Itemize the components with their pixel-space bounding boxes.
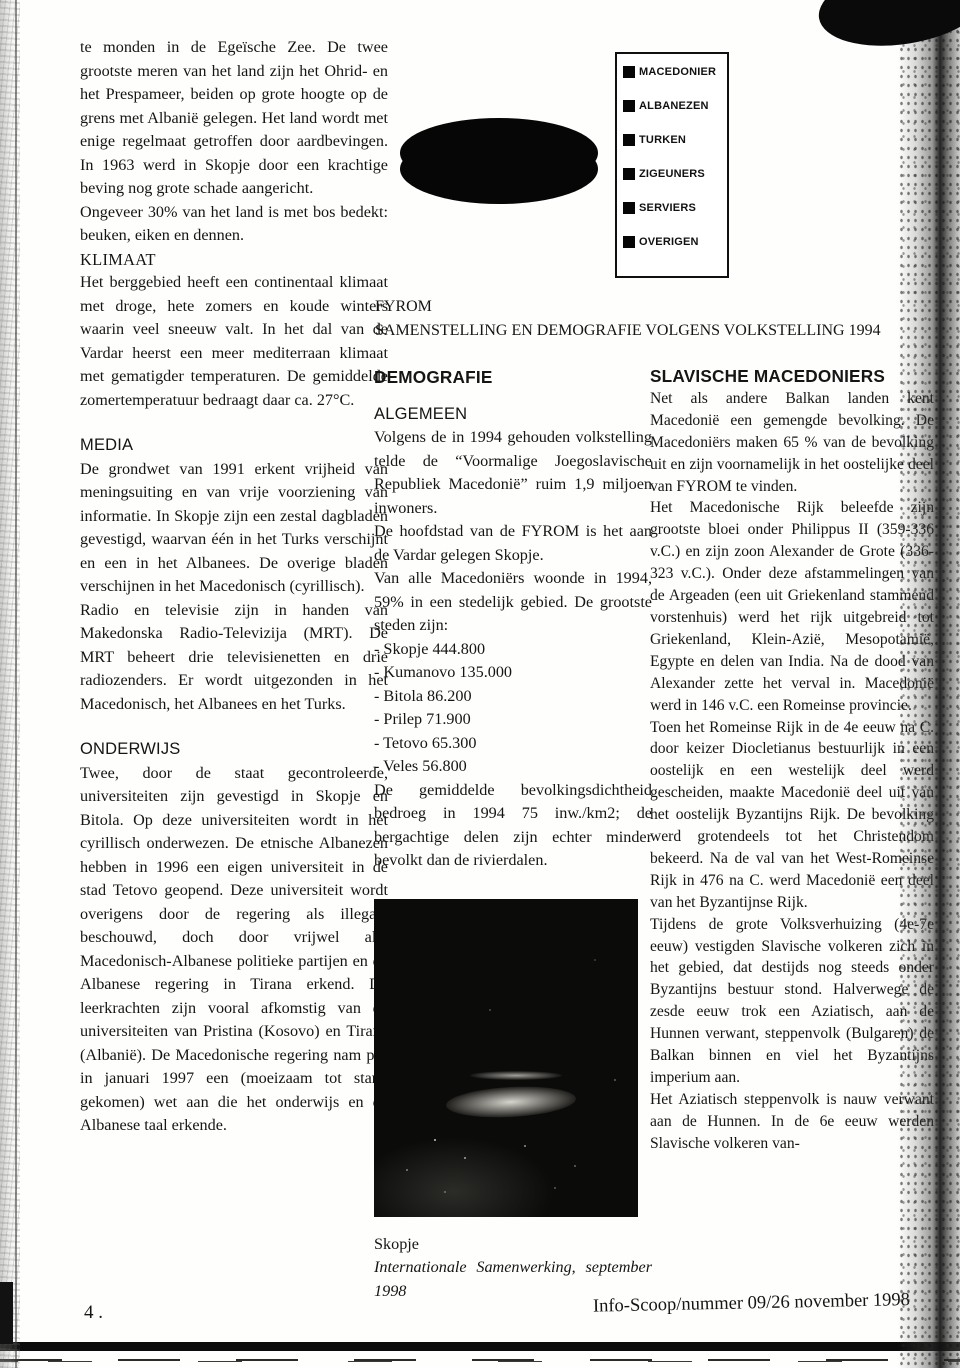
paragraph: Toen het Romeinse Rijk in de 4e eeuw na …: [650, 717, 934, 914]
paragraph: Tijdens de grote Volksverhuizing (4e-7e …: [650, 914, 934, 1089]
legend-swatch-icon: [623, 202, 635, 214]
paragraph: Van alle Macedoniërs woonde in 1994, 59%…: [374, 567, 652, 638]
legend-swatch-icon: [623, 134, 635, 146]
paragraph: De grondwet van 1991 erkent vrijheid van…: [80, 458, 388, 599]
photo-highlight: [374, 1137, 554, 1217]
footer-dashed-rule: [0, 1359, 960, 1362]
pie-chart: [400, 118, 598, 204]
column-right: SLAVISCHE MACEDONIERS Net als andere Bal…: [650, 366, 934, 1155]
heading-media: MEDIA: [80, 434, 388, 458]
scan-edge-left-bottom: [0, 1282, 13, 1344]
paragraph: te monden in de Egeïsche Zee. De twee gr…: [80, 36, 388, 201]
heading-slavische-macedoniers: SLAVISCHE MACEDONIERS: [650, 366, 934, 388]
legend-item-serviers: SERVIERS: [623, 202, 727, 214]
scan-edge-left: [0, 0, 20, 1368]
heading-onderwijs: ONDERWIJS: [80, 738, 388, 762]
pie-disc-top: [400, 118, 598, 188]
paragraph: Volgens de in 1994 gehouden volkstelling…: [374, 426, 652, 520]
paragraph: De hoofdstad van de FYROM is het aan de …: [374, 520, 652, 567]
column-middle: DEMOGRAFIE ALGEMEEN Volgens de in 1994 g…: [374, 366, 652, 1303]
city-line: - Tetovo 65.300: [374, 732, 652, 756]
scan-edge-right: [898, 0, 960, 1368]
photo-car-highlight: [445, 1083, 576, 1120]
paragraph: Net als andere Balkan landen kent Macedo…: [650, 388, 934, 498]
heading-demografie: DEMOGRAFIE: [374, 366, 652, 390]
legend-swatch-icon: [623, 100, 635, 112]
heading-algemeen: ALGEMEEN: [374, 403, 652, 427]
figure-caption-subtitle: SAMENSTELLING EN DEMOGRAFIE VOLGENS VOLK…: [375, 319, 881, 343]
city-line: - Prilep 71.900: [374, 708, 652, 732]
photo-noise: [434, 1139, 436, 1141]
legend-label: ZIGEUNERS: [639, 168, 705, 180]
chart-legend: MACEDONIER ALBANEZEN TURKEN ZIGEUNERS SE…: [615, 52, 729, 278]
footer-rule: [0, 1342, 960, 1351]
figure-caption: FYROM SAMENSTELLING EN DEMOGRAFIE VOLGEN…: [375, 295, 881, 343]
heading-klimaat: KLIMAAT: [80, 248, 388, 272]
page-number: 4 .: [84, 1302, 103, 1324]
legend-item-albanezen: ALBANEZEN: [623, 100, 727, 112]
legend-item-macedonier: MACEDONIER: [623, 66, 727, 78]
legend-label: ALBANEZEN: [639, 100, 709, 112]
paragraph: Twee, door de staat gecontroleerde, univ…: [80, 762, 388, 1138]
legend-item-zigeuners: ZIGEUNERS: [623, 168, 727, 180]
legend-item-overigen: OVERIGEN: [623, 236, 727, 248]
paragraph: Het berggebied heeft een continentaal kl…: [80, 271, 388, 412]
legend-label: OVERIGEN: [639, 236, 699, 248]
city-line: - Skopje 444.800: [374, 638, 652, 662]
photo-skopje: [374, 899, 638, 1217]
legend-label: SERVIERS: [639, 202, 696, 214]
paragraph: Radio en televisie zijn in handen van Ma…: [80, 599, 388, 717]
figure-caption-title: FYROM: [375, 295, 881, 319]
photo-car-highlight: [470, 1071, 562, 1080]
photo-caption-title: Skopje: [374, 1233, 652, 1257]
city-line: - Bitola 86.200: [374, 685, 652, 709]
photo-caption: Skopje Internationale Samenwerking, sept…: [374, 1233, 652, 1304]
paragraph: Ongeveer 30% van het land is met bos bed…: [80, 201, 388, 248]
paragraph: Het Aziatisch steppenvolk is nauw verwan…: [650, 1089, 934, 1155]
legend-swatch-icon: [623, 66, 635, 78]
legend-swatch-icon: [623, 236, 635, 248]
legend-swatch-icon: [623, 168, 635, 180]
legend-label: MACEDONIER: [639, 66, 716, 78]
paragraph: Het Macedonische Rijk beleefde zijn groo…: [650, 497, 934, 716]
city-line: - Veles 56.800: [374, 755, 652, 779]
legend-item-turken: TURKEN: [623, 134, 727, 146]
legend-label: TURKEN: [639, 134, 686, 146]
scanned-magazine-page: { "figure": { "chart_type": "pie", "pie_…: [0, 0, 960, 1368]
city-line: - Kumanovo 135.000: [374, 661, 652, 685]
paragraph: De gemiddelde bevolkingsdichtheid bedroe…: [374, 779, 652, 873]
column-left: te monden in de Egeïsche Zee. De twee gr…: [80, 36, 388, 1138]
